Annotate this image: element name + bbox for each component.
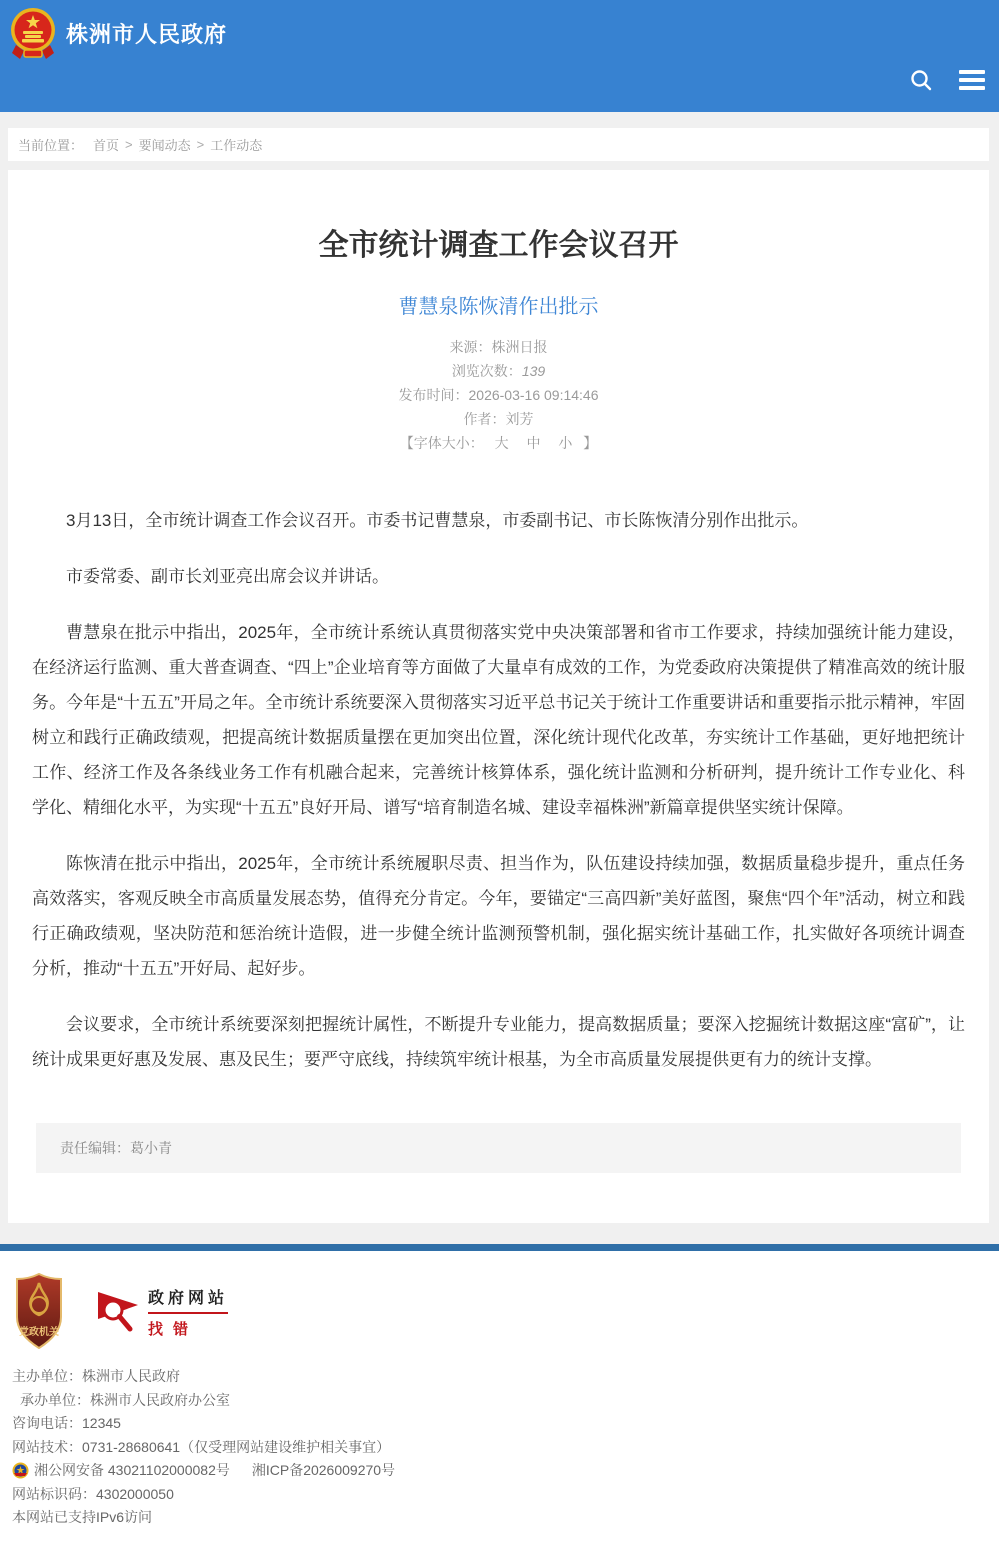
meta-publish-label: 发布时间： bbox=[399, 387, 469, 403]
article-paragraph: 曹慧泉在批示中指出，2025年，全市统计系统认真贯彻落实党中央决策部署和省市工作… bbox=[32, 615, 965, 825]
breadcrumb-separator: > bbox=[125, 137, 133, 152]
phone-value: 12345 bbox=[82, 1412, 121, 1436]
footer-accent-bar bbox=[0, 1244, 999, 1251]
meta-source-line: 来源：株洲日报 bbox=[32, 335, 965, 359]
sponsor-label: 主办单位： bbox=[12, 1365, 82, 1389]
footer-phone-line: 咨询电话：12345 bbox=[12, 1412, 987, 1436]
footer-tech-line: 网站技术：0731-28680641（仅受理网站建设维护相关事宜） bbox=[12, 1436, 987, 1460]
icp-beian-link[interactable]: 湘ICP备2026009270号 bbox=[252, 1459, 395, 1483]
footer-organizer-line: 承办单位：株洲市人民政府办公室 bbox=[12, 1389, 987, 1413]
meta-author-line: 作者：刘芳 bbox=[32, 407, 965, 431]
zhaocuo-logo[interactable]: 政府网站 找错 bbox=[96, 1285, 228, 1339]
sitecode-label: 网站标识码： bbox=[12, 1483, 96, 1507]
fontsize-prefix: 【字体大小： bbox=[400, 435, 484, 451]
sitecode-value: 4302000050 bbox=[96, 1483, 174, 1507]
breadcrumb-work-news[interactable]: 工作动态 bbox=[210, 135, 262, 154]
search-icon[interactable] bbox=[909, 68, 933, 92]
article-subtitle[interactable]: 曹慧泉陈恢清作出批示 bbox=[32, 290, 965, 319]
svg-text:党政机关: 党政机关 bbox=[19, 1325, 59, 1338]
fontsize-large-button[interactable]: 大 bbox=[495, 435, 509, 451]
article-panel: 全市统计调查工作会议召开 曹慧泉陈恢清作出批示 来源：株洲日报 浏览次数：139… bbox=[8, 170, 989, 1223]
tech-value: 0731-28680641（仅受理网站建设维护相关事宜） bbox=[82, 1436, 390, 1460]
police-badge-icon bbox=[12, 1462, 29, 1479]
phone-label: 咨询电话： bbox=[12, 1412, 82, 1436]
editor-label: 责任编辑： bbox=[60, 1140, 130, 1156]
meta-publish-line: 发布时间：2026-03-16 09:14:46 bbox=[32, 383, 965, 407]
fontsize-small-button[interactable]: 小 bbox=[558, 435, 572, 451]
meta-source-value: 株洲日报 bbox=[492, 339, 548, 355]
article-paragraph: 会议要求，全市统计系统要深刻把握统计属性，不断提升专业能力，提高数据质量；要深入… bbox=[32, 1007, 965, 1077]
footer-beian-line: 湘公网安备 43021102000082号 湘ICP备2026009270号 bbox=[12, 1459, 987, 1483]
site-footer: 党政机关 政府网站 找错 主办单位：株洲市人民政府 承办单位：株洲市人民政府办公… bbox=[0, 1251, 999, 1560]
ipv6-text: 本网站已支持IPv6访问 bbox=[12, 1506, 152, 1530]
footer-sitecode-line: 网站标识码：4302000050 bbox=[12, 1483, 987, 1507]
meta-views-label: 浏览次数： bbox=[452, 363, 522, 379]
meta-views-line: 浏览次数：139 bbox=[32, 359, 965, 383]
zhaocuo-flag-icon bbox=[96, 1289, 142, 1335]
site-header: 株洲市人民政府 bbox=[0, 0, 999, 112]
sponsor-value: 株洲市人民政府 bbox=[82, 1365, 180, 1389]
article-title: 全市统计调查工作会议召开 bbox=[32, 220, 965, 264]
meta-views-value: 139 bbox=[522, 363, 545, 379]
fontsize-medium-button[interactable]: 中 bbox=[527, 435, 541, 451]
breadcrumb-separator: > bbox=[197, 137, 205, 152]
dangzheng-badge-icon[interactable]: 党政机关 bbox=[14, 1273, 64, 1349]
fontsize-suffix: 】 bbox=[583, 435, 597, 451]
security-beian-link[interactable]: 湘公网安备 43021102000082号 bbox=[34, 1459, 230, 1483]
breadcrumb-news[interactable]: 要闻动态 bbox=[139, 135, 191, 154]
article-paragraph: 陈恢清在批示中指出，2025年，全市统计系统履职尽责、担当作为，队伍建设持续加强… bbox=[32, 846, 965, 986]
site-title[interactable]: 株洲市人民政府 bbox=[66, 18, 227, 49]
footer-sponsor-line: 主办单位：株洲市人民政府 bbox=[12, 1365, 987, 1389]
breadcrumb: 当前位置： 首页 > 要闻动态 > 工作动态 bbox=[8, 128, 989, 161]
editor-name: 葛小青 bbox=[130, 1140, 172, 1156]
breadcrumb-home[interactable]: 首页 bbox=[93, 135, 119, 154]
article-paragraph: 市委常委、副市长刘亚亮出席会议并讲话。 bbox=[32, 559, 965, 594]
meta-publish-value: 2026-03-16 09:14:46 bbox=[469, 387, 599, 403]
organizer-label: 承办单位： bbox=[20, 1389, 90, 1413]
organizer-value: 株洲市人民政府办公室 bbox=[90, 1389, 230, 1413]
meta-author-value: 刘芳 bbox=[506, 411, 534, 427]
article-paragraph: 3月13日，全市统计调查工作会议召开。市委书记曹慧泉，市委副书记、市长陈恢清分别… bbox=[32, 503, 965, 538]
editor-box: 责任编辑：葛小青 bbox=[36, 1123, 961, 1173]
meta-source-label: 来源： bbox=[450, 339, 492, 355]
national-emblem-icon bbox=[10, 7, 56, 59]
article-meta: 来源：株洲日报 浏览次数：139 发布时间：2026-03-16 09:14:4… bbox=[32, 335, 965, 455]
menu-icon[interactable] bbox=[959, 70, 985, 90]
tech-label: 网站技术： bbox=[12, 1436, 82, 1460]
meta-author-label: 作者： bbox=[464, 411, 506, 427]
breadcrumb-label: 当前位置： bbox=[18, 135, 83, 154]
zhaocuo-subtitle: 找错 bbox=[148, 1318, 228, 1339]
meta-fontsize-line: 【字体大小： 大 中 小 】 bbox=[32, 431, 965, 455]
zhaocuo-title: 政府网站 bbox=[148, 1285, 228, 1314]
footer-ipv6-line: 本网站已支持IPv6访问 bbox=[12, 1506, 987, 1530]
site-brand[interactable]: 株洲市人民政府 bbox=[0, 0, 999, 59]
article-body: 3月13日，全市统计调查工作会议召开。市委书记曹慧泉，市委副书记、市长陈恢清分别… bbox=[32, 503, 965, 1077]
